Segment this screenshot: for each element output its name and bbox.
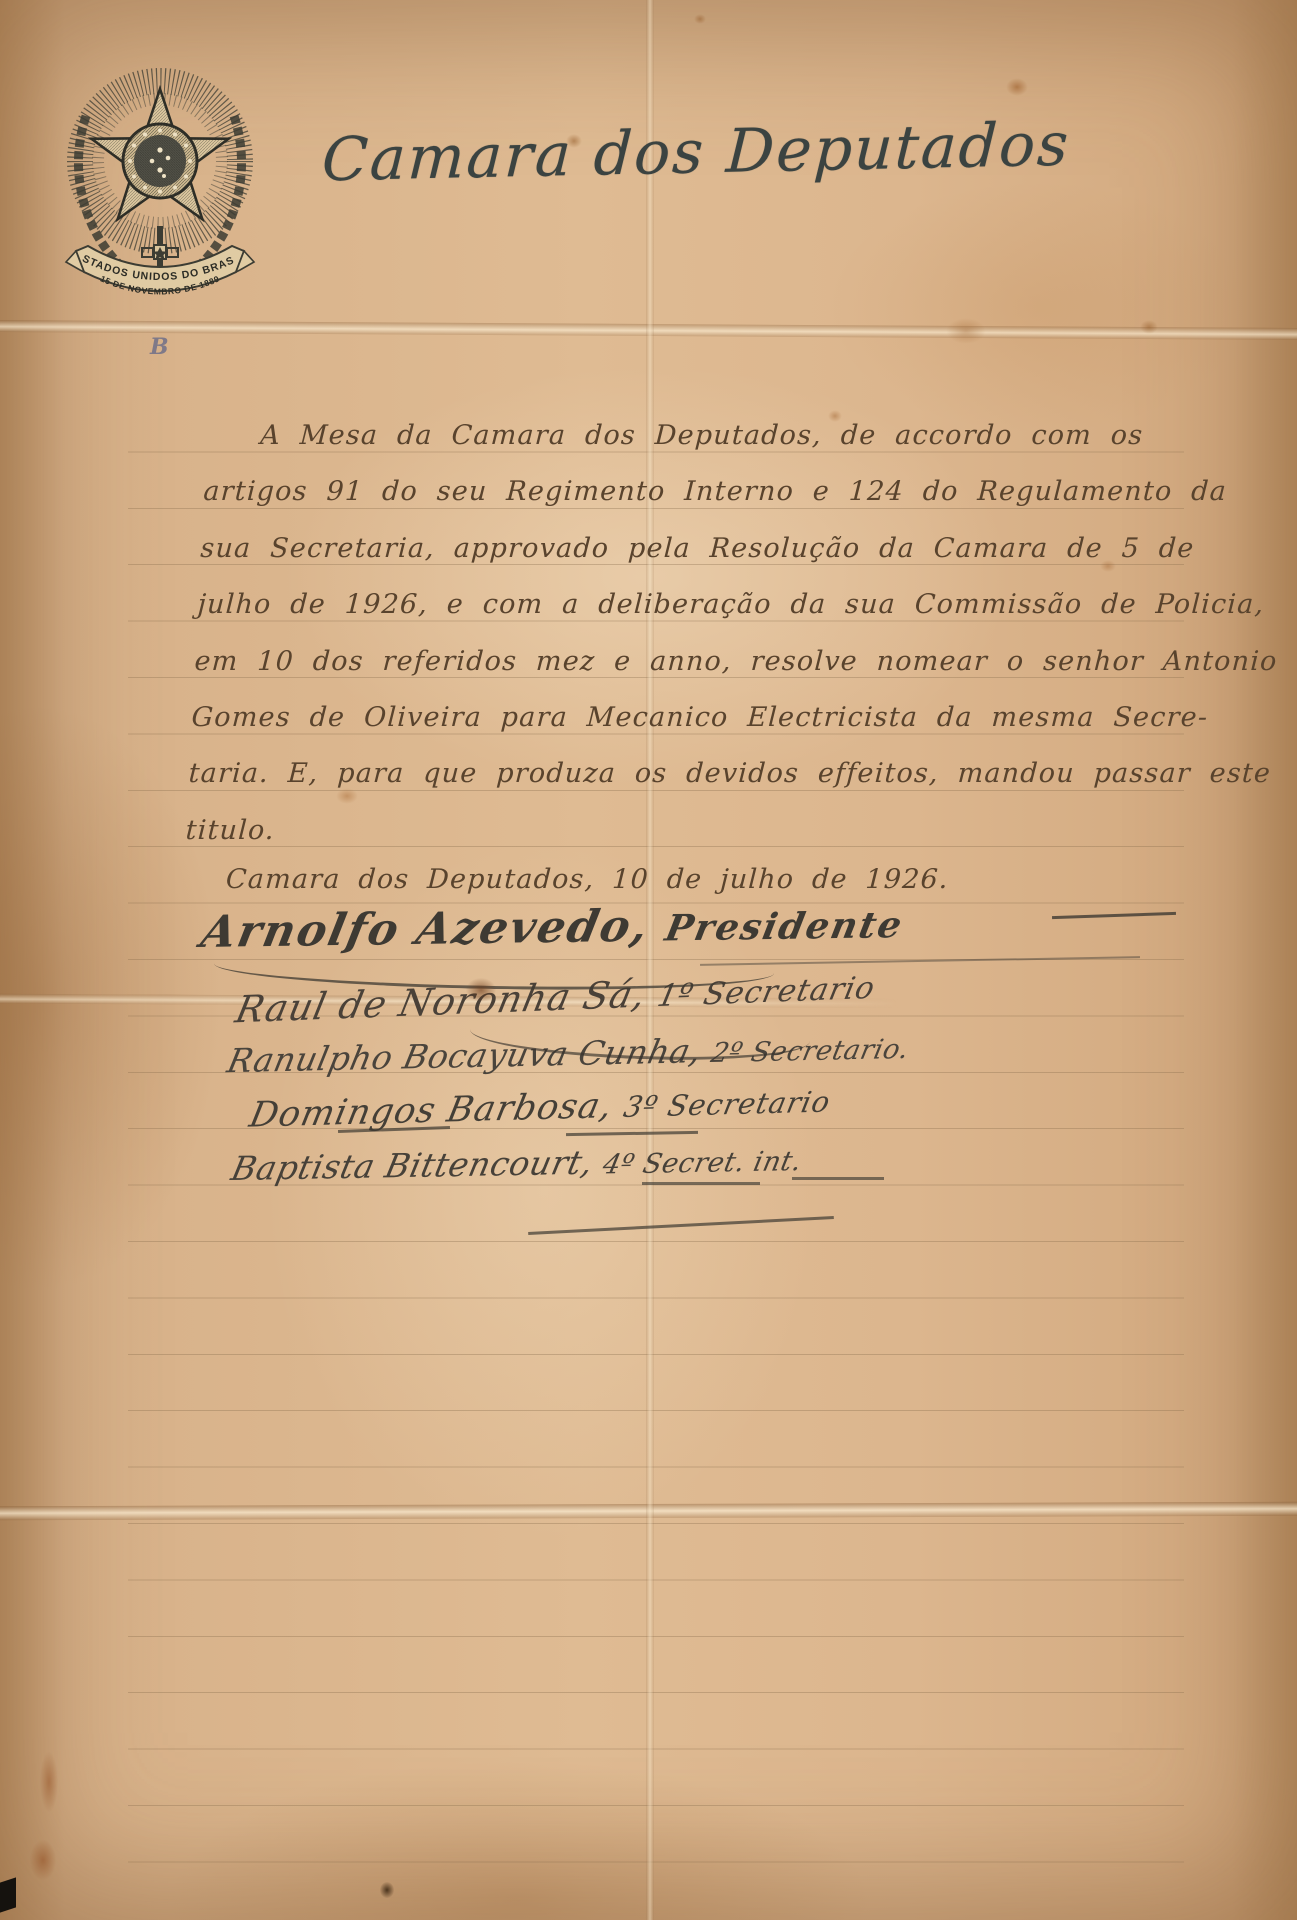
signature-flourish xyxy=(642,1182,760,1185)
fold-crease-horizontal-bottom xyxy=(0,1502,1297,1521)
coat-of-arms-svg: ESTADOS UNIDOS DO BRASIL 15 DE NOVEMBRO … xyxy=(58,58,262,314)
signature-title: 1º Secretario xyxy=(654,971,878,1015)
body-line: titulo. xyxy=(184,803,1137,859)
stain xyxy=(1006,78,1028,96)
signature-title: 3º Secretario xyxy=(621,1084,834,1124)
body-line: artigos 91 do seu Regimento Interno e 12… xyxy=(202,464,1155,520)
signature-president: Arnolfo Azevedo, Presidente xyxy=(197,897,909,958)
stain xyxy=(694,14,706,24)
stain xyxy=(1140,320,1158,334)
signature-flourish xyxy=(700,956,1140,966)
fold-crease-vertical xyxy=(646,0,654,1920)
body-text: A Mesa da Camara dos Deputados, de accor… xyxy=(184,408,1158,859)
signature-name: Ranulpho Bocayuva Cunha, xyxy=(224,1031,705,1080)
signature-title: 2º Secretario. xyxy=(708,1034,912,1069)
signature-name: Domingos Barbosa, xyxy=(246,1086,616,1136)
signature-second-secretary: Ranulpho Bocayuva Cunha, 2º Secretario. xyxy=(224,1027,913,1080)
letterhead-title: Camara dos Deputados xyxy=(320,111,1023,196)
stain xyxy=(946,318,986,344)
signature-first-secretary: Raul de Noronha Sá, 1º Secretario xyxy=(232,964,880,1032)
body-line: sua Secretaria, approvado pela Resolução… xyxy=(199,521,1152,577)
dateline: Camara dos Deputados, 10 de julho de 192… xyxy=(225,864,949,895)
signature-flourish xyxy=(566,1131,698,1136)
signature-title: 4º Secret. int. xyxy=(600,1146,805,1181)
corner-mark xyxy=(0,1877,16,1912)
signature-flourish xyxy=(792,1177,884,1180)
signature-name: Raul de Noronha Sá, xyxy=(232,972,651,1031)
body-line: Gomes de Oliveira para Mecanico Electric… xyxy=(190,690,1143,746)
signature-flourish xyxy=(1052,912,1176,919)
signature-flourish xyxy=(528,1216,834,1235)
signature-name: Baptista Bittencourt, xyxy=(228,1143,597,1188)
pencil-initial-mark: B xyxy=(150,334,169,360)
stain xyxy=(40,1752,58,1812)
body-line: julho de 1926, e com a deliberação da su… xyxy=(196,577,1149,633)
body-line: taria. E, para que produza os devidos ef… xyxy=(187,746,1140,802)
signature-title: Presidente xyxy=(662,903,908,949)
signature-fourth-secretary: Baptista Bittencourt, 4º Secret. int. xyxy=(228,1139,806,1188)
body-line: A Mesa da Camara dos Deputados, de accor… xyxy=(205,408,1158,464)
signature-name: Arnolfo Azevedo, xyxy=(197,901,654,958)
brazil-coat-of-arms-icon: ESTADOS UNIDOS DO BRASIL 15 DE NOVEMBRO … xyxy=(58,58,262,314)
fold-crease-horizontal-top xyxy=(0,320,1297,340)
stain xyxy=(380,1882,394,1898)
signature-third-secretary: Domingos Barbosa, 3º Secretario xyxy=(246,1080,835,1135)
document-page: ESTADOS UNIDOS DO BRASIL 15 DE NOVEMBRO … xyxy=(0,0,1297,1920)
body-line: em 10 dos referidos mez e anno, resolve … xyxy=(193,634,1146,690)
stain xyxy=(30,1840,56,1880)
